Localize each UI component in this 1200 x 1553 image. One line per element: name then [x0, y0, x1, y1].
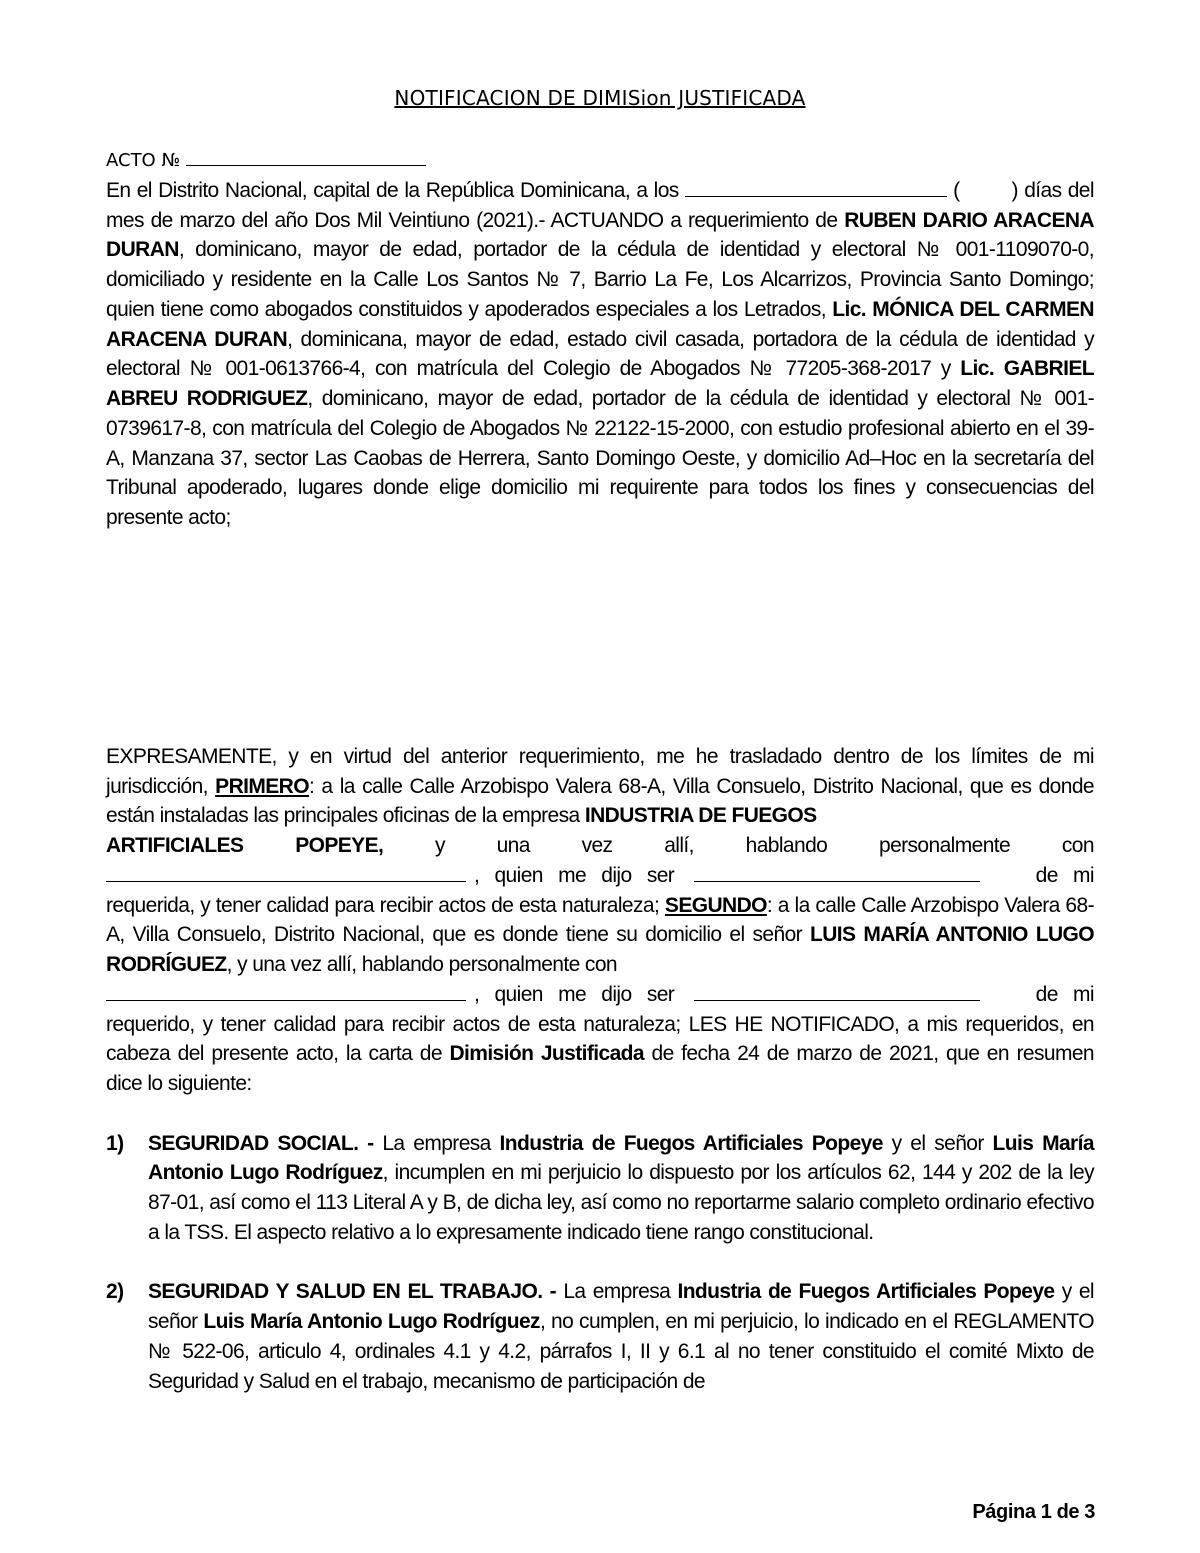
- list-number: 2): [106, 1277, 148, 1307]
- word: y: [435, 831, 445, 861]
- word: con: [1062, 831, 1094, 861]
- expresamente-text-5: , y una vez allí, hablando personalmente…: [227, 953, 617, 976]
- word: personalmente: [879, 831, 1010, 861]
- word: allí,: [664, 831, 694, 861]
- intro-paragraph: En el Distrito Nacional, capital de la R…: [106, 176, 1094, 533]
- expresamente-text-3: requerida, y tener calidad para recibir …: [106, 894, 659, 917]
- quien-me-dijo-ser-1: , quien me dijo ser: [474, 861, 674, 891]
- spacer: [106, 1099, 1094, 1129]
- list-text: La empresa: [382, 1132, 490, 1155]
- page-number-footer: Página 1 de 3: [960, 1501, 1095, 1524]
- blank-line-1: , quien me dijo ser de mi: [106, 861, 1094, 891]
- blank-space: [106, 533, 1094, 742]
- lic2-prefix: Lic.: [960, 357, 994, 380]
- carta-label: Dimisión Justificada: [449, 1042, 644, 1065]
- list-body: SEGURIDAD Y SALUD EN EL TRABAJO. - La em…: [148, 1277, 1094, 1396]
- acto-label: ACTO №: [106, 150, 180, 171]
- document-body: NOTIFICACION DE DIMISion JUSTIFICADA ACT…: [106, 85, 1094, 1396]
- company-word-artificiales: ARTIFICIALES: [106, 831, 243, 861]
- person-spoken-with-blank-1[interactable]: [106, 861, 466, 882]
- company-line-2: ARTIFICIALES POPEYE, y una vez allí, hab…: [106, 831, 1094, 861]
- day-blank-field[interactable]: [685, 176, 947, 197]
- quien-me-dijo-ser-2: , quien me dijo ser: [474, 980, 674, 1010]
- list-company: Industria de Fuegos Artificiales Popeye: [677, 1280, 1054, 1303]
- paren-open: (: [953, 179, 959, 202]
- acto-number-blank-field[interactable]: [186, 145, 426, 166]
- document-title: NOTIFICACION DE DIMISion JUSTIFICADA: [106, 85, 1094, 111]
- spacer: [106, 1248, 1094, 1278]
- word: vez: [582, 831, 613, 861]
- list-number: 1): [106, 1129, 148, 1159]
- list-person: Luis María Antonio Lugo Rodríguez: [203, 1310, 540, 1333]
- expresamente-paragraph-a: EXPRESAMENTE, y en virtud del anterior r…: [106, 742, 1094, 831]
- list-company: Industria de Fuegos Artificiales Popeye: [500, 1132, 883, 1155]
- expresamente-paragraph-c: requerido, y tener calidad para recibir …: [106, 1010, 1094, 1099]
- acto-number-line: ACTO №: [106, 145, 1094, 176]
- list-text: y el señor: [892, 1132, 984, 1155]
- word: una: [497, 831, 530, 861]
- de-mi-2: de mi: [1036, 980, 1094, 1010]
- lic1-prefix: Lic.: [832, 298, 866, 321]
- primero-label: PRIMERO: [215, 775, 309, 798]
- list-item-seguridad-social: 1) SEGURIDAD SOCIAL. - La empresa Indust…: [106, 1129, 1094, 1248]
- list-item-seguridad-salud: 2) SEGURIDAD Y SALUD EN EL TRABAJO. - La…: [106, 1277, 1094, 1396]
- list-heading: SEGURIDAD Y SALUD EN EL TRABAJO. -: [148, 1280, 556, 1303]
- blank-line-2: , quien me dijo ser de mi: [106, 980, 1094, 1010]
- company-name-line1: INDUSTRIA DE FUEGOS: [585, 804, 817, 827]
- document-page: NOTIFICACION DE DIMISion JUSTIFICADA ACT…: [0, 0, 1200, 1553]
- expresamente-paragraph-b: requerida, y tener calidad para recibir …: [106, 891, 1094, 980]
- role-blank-1[interactable]: [694, 861, 980, 882]
- role-blank-2[interactable]: [694, 980, 980, 1001]
- word: hablando: [746, 831, 828, 861]
- segundo-label: SEGUNDO: [665, 894, 767, 917]
- list-text: La empresa: [563, 1280, 670, 1303]
- person-spoken-with-blank-2[interactable]: [106, 980, 466, 1001]
- paren-close: ): [1012, 179, 1018, 202]
- company-word-popeye: POPEYE,: [295, 831, 383, 861]
- list-body: SEGURIDAD SOCIAL. - La empresa Industria…: [148, 1129, 1094, 1248]
- de-mi-1: de mi: [1036, 861, 1094, 891]
- intro-text-1: En el Distrito Nacional, capital de la R…: [106, 179, 679, 202]
- list-heading: SEGURIDAD SOCIAL. -: [148, 1132, 374, 1155]
